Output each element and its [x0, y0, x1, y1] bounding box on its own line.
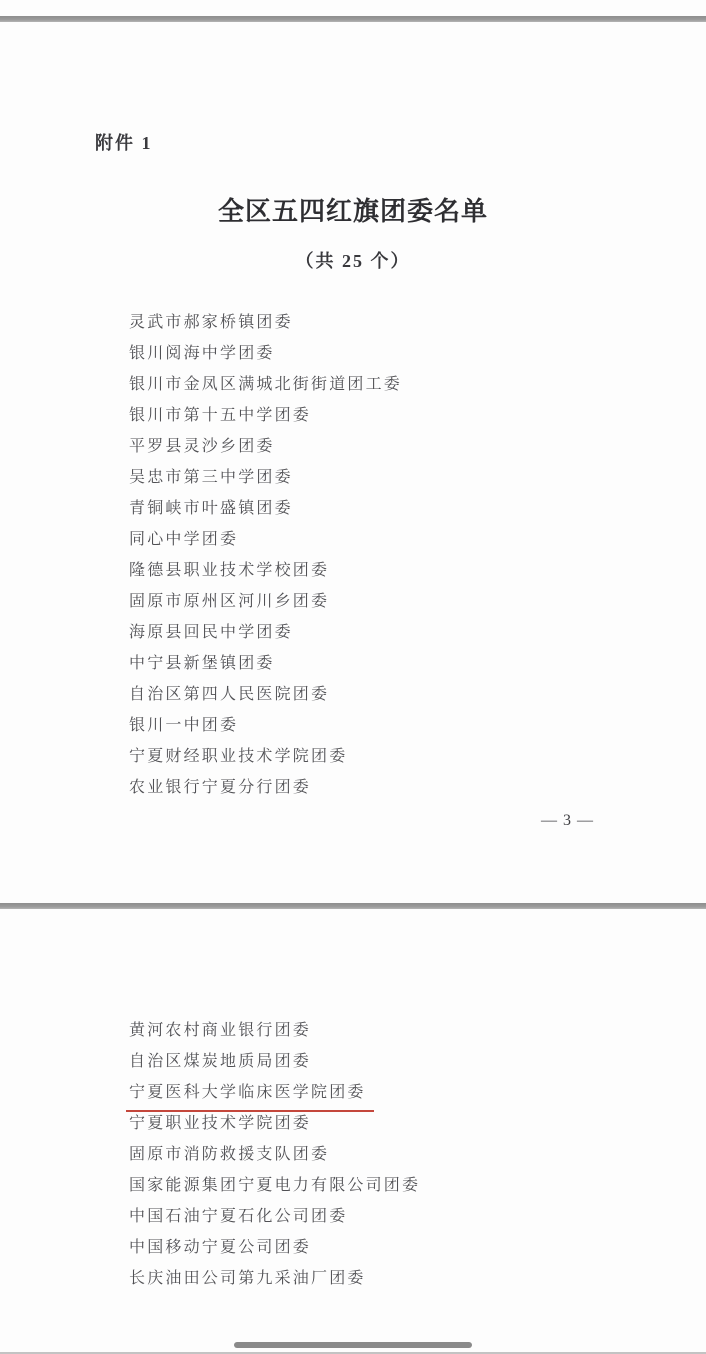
attachment-label: 附件 1 [95, 129, 153, 155]
list-item: 银川市第十五中学团委 [129, 400, 402, 431]
page-divider-middle [0, 903, 706, 909]
list-item: 宁夏财经职业技术学院团委 [129, 741, 402, 772]
list-item: 中国移动宁夏公司团委 [129, 1232, 420, 1263]
home-indicator-handle[interactable] [234, 1342, 472, 1348]
list-item: 同心中学团委 [129, 524, 402, 555]
page-divider-top [0, 16, 706, 22]
stitched-screenshot: 附件 1 全区五四红旗团委名单 （共 25 个） 灵武市郝家桥镇团委 银川阅海中… [0, 0, 706, 1354]
committee-list-page2: 黄河农村商业银行团委 自治区煤炭地质局团委 宁夏医科大学临床医学院团委 宁夏职业… [129, 1015, 420, 1294]
list-item: 青铜峡市叶盛镇团委 [129, 493, 402, 524]
list-item: 固原市原州区河川乡团委 [129, 586, 402, 617]
list-item: 银川一中团委 [129, 710, 402, 741]
list-item: 黄河农村商业银行团委 [129, 1015, 420, 1046]
red-underlined-text: 宁夏医科大学临床医学院团委 [126, 1077, 374, 1112]
list-item: 国家能源集团宁夏电力有限公司团委 [129, 1170, 420, 1201]
list-item: 灵武市郝家桥镇团委 [129, 307, 402, 338]
page-number: — 3 — [541, 812, 594, 830]
document-title: 全区五四红旗团委名单 [0, 191, 706, 228]
highlighted-list-item: 宁夏医科大学临床医学院团委 [129, 1077, 420, 1108]
list-item: 吴忠市第三中学团委 [129, 462, 402, 493]
list-item: 隆德县职业技术学校团委 [129, 555, 402, 586]
list-item: 农业银行宁夏分行团委 [129, 772, 402, 803]
list-item: 自治区第四人民医院团委 [129, 679, 402, 710]
committee-list-page1: 灵武市郝家桥镇团委 银川阅海中学团委 银川市金凤区满城北街街道团工委 银川市第十… [129, 307, 402, 803]
list-item: 银川阅海中学团委 [129, 338, 402, 369]
list-item: 长庆油田公司第九采油厂团委 [129, 1263, 420, 1294]
document-subtitle: （共 25 个） [0, 247, 706, 273]
list-item: 中国石油宁夏石化公司团委 [129, 1201, 420, 1232]
list-item: 平罗县灵沙乡团委 [129, 431, 402, 462]
list-item: 宁夏职业技术学院团委 [129, 1108, 420, 1139]
list-item: 自治区煤炭地质局团委 [129, 1046, 420, 1077]
list-item: 海原县回民中学团委 [129, 617, 402, 648]
list-item: 银川市金凤区满城北街街道团工委 [129, 369, 402, 400]
list-item: 固原市消防救援支队团委 [129, 1139, 420, 1170]
list-item: 中宁县新堡镇团委 [129, 648, 402, 679]
